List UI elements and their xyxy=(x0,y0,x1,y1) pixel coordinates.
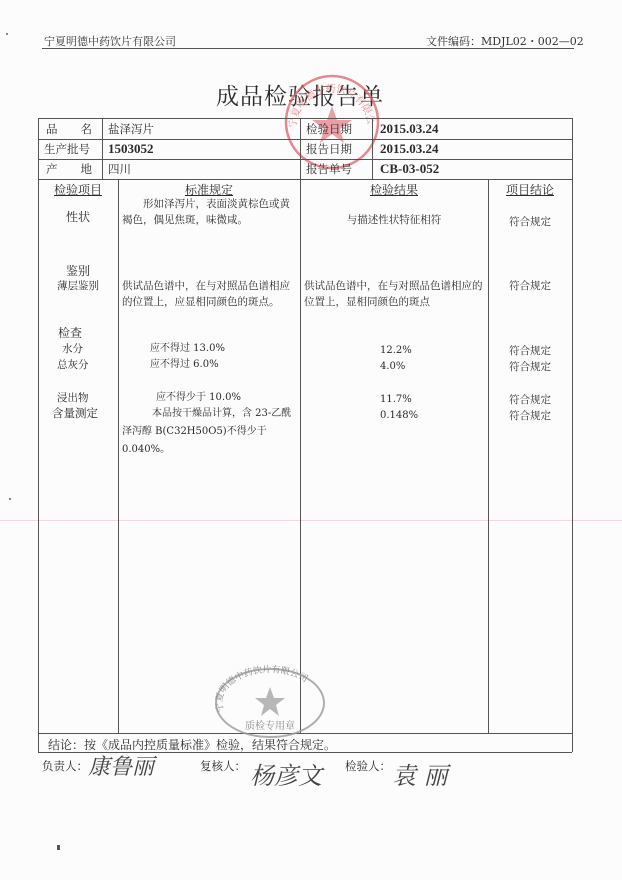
group-check: 检查 xyxy=(58,324,82,341)
item-appearance: 性状 xyxy=(38,208,118,225)
inspect-date: 2015.03.24 xyxy=(380,119,439,139)
scan-mark xyxy=(9,498,11,500)
svg-text:质检专用章: 质检专用章 xyxy=(245,719,295,732)
standard-assay: 本品按干燥品计算，含 23-乙酰泽泻醇 B(C32H50O5)不得少于 0.04… xyxy=(122,405,298,459)
inspector-label: 检验人： xyxy=(345,758,391,774)
report-date: 2015.03.24 xyxy=(380,139,439,159)
standard-moisture: 应不得过 13.0% xyxy=(150,341,225,357)
group-identification: 鉴别 xyxy=(38,262,118,279)
header-item: 检验项目 xyxy=(38,181,118,198)
item-moisture: 水分 xyxy=(62,341,83,357)
batch-label: 生产批号 xyxy=(44,139,90,159)
report-number: CB-03-052 xyxy=(380,159,439,179)
result-ash: 4.0% xyxy=(380,359,405,375)
item-ash: 总灰分 xyxy=(57,357,89,373)
conclusion-appearance: 符合规定 xyxy=(488,214,572,230)
table-border xyxy=(118,179,119,733)
header-conclusion: 项目结论 xyxy=(488,181,572,198)
responsible-signature: 康鲁丽 xyxy=(88,750,154,781)
batch-number: 1503052 xyxy=(108,139,154,159)
reviewer-label: 复核人： xyxy=(200,758,246,774)
conclusion-moisture: 符合规定 xyxy=(488,343,572,359)
item-extract: 浸出物 xyxy=(57,390,89,406)
result-tlc: 供试品色谱中，在与对照品色谱相应的位置上，显相同颜色的斑点 xyxy=(304,278,486,310)
table-border xyxy=(488,179,489,733)
item-tlc: 薄层鉴别 xyxy=(38,278,118,294)
result-extract: 11.7% xyxy=(380,392,412,408)
conclusion-assay: 符合规定 xyxy=(488,408,572,424)
standard-appearance: 形如泽泻片，表面淡黄棕色或黄褐色，偶见焦斑，味微咸。 xyxy=(122,196,298,228)
scan-mark xyxy=(57,845,60,850)
reviewer-signature: 杨彦文 xyxy=(250,756,322,791)
product-name: 盐泽泻片 xyxy=(108,119,154,139)
standard-ash: 应不得过 6.0% xyxy=(150,357,219,373)
inspect-date-label: 检验日期 xyxy=(306,119,352,139)
inspector-signature: 袁 丽 xyxy=(392,756,448,791)
report-date-label: 报告日期 xyxy=(306,139,352,159)
scan-fold-line xyxy=(0,520,622,521)
table-border xyxy=(102,118,103,179)
table-border xyxy=(300,179,301,733)
scan-mark xyxy=(6,33,8,35)
result-appearance: 与描述性状特征相符 xyxy=(300,212,488,228)
svg-text:宁夏明德中药饮片有限公司: 宁夏明德中药饮片有限公司 xyxy=(213,663,310,713)
table-border xyxy=(300,118,301,179)
table-border xyxy=(372,118,373,179)
item-assay: 含量测定 xyxy=(52,405,98,421)
responsible-label: 负责人： xyxy=(42,758,88,774)
gray-qc-seal: 宁夏明德中药饮片有限公司 质检专用章 xyxy=(210,663,330,743)
conclusion-ash: 符合规定 xyxy=(488,359,572,375)
product-name-label: 品 名 xyxy=(46,119,98,139)
header-result: 检验结果 xyxy=(300,181,488,198)
report-number-label: 报告单号 xyxy=(306,159,352,179)
table-border xyxy=(572,118,573,752)
result-moisture: 12.2% xyxy=(380,343,412,359)
document-code: 文件编码：MDJL02・002—02 xyxy=(426,33,584,49)
origin: 四川 xyxy=(108,159,131,179)
conclusion-tlc: 符合规定 xyxy=(488,278,572,294)
company-name: 宁夏明德中药饮片有限公司 xyxy=(44,33,176,49)
result-assay: 0.148% xyxy=(380,408,418,424)
conclusion-extract: 符合规定 xyxy=(488,392,572,408)
standard-tlc: 供试品色谱中，在与对照品色谱相应的位置上，应显相同颜色的斑点。 xyxy=(122,278,298,310)
header-rule xyxy=(42,48,574,49)
standard-extract: 应不得少于 10.0% xyxy=(156,390,241,406)
origin-label: 产 地 xyxy=(46,159,92,179)
